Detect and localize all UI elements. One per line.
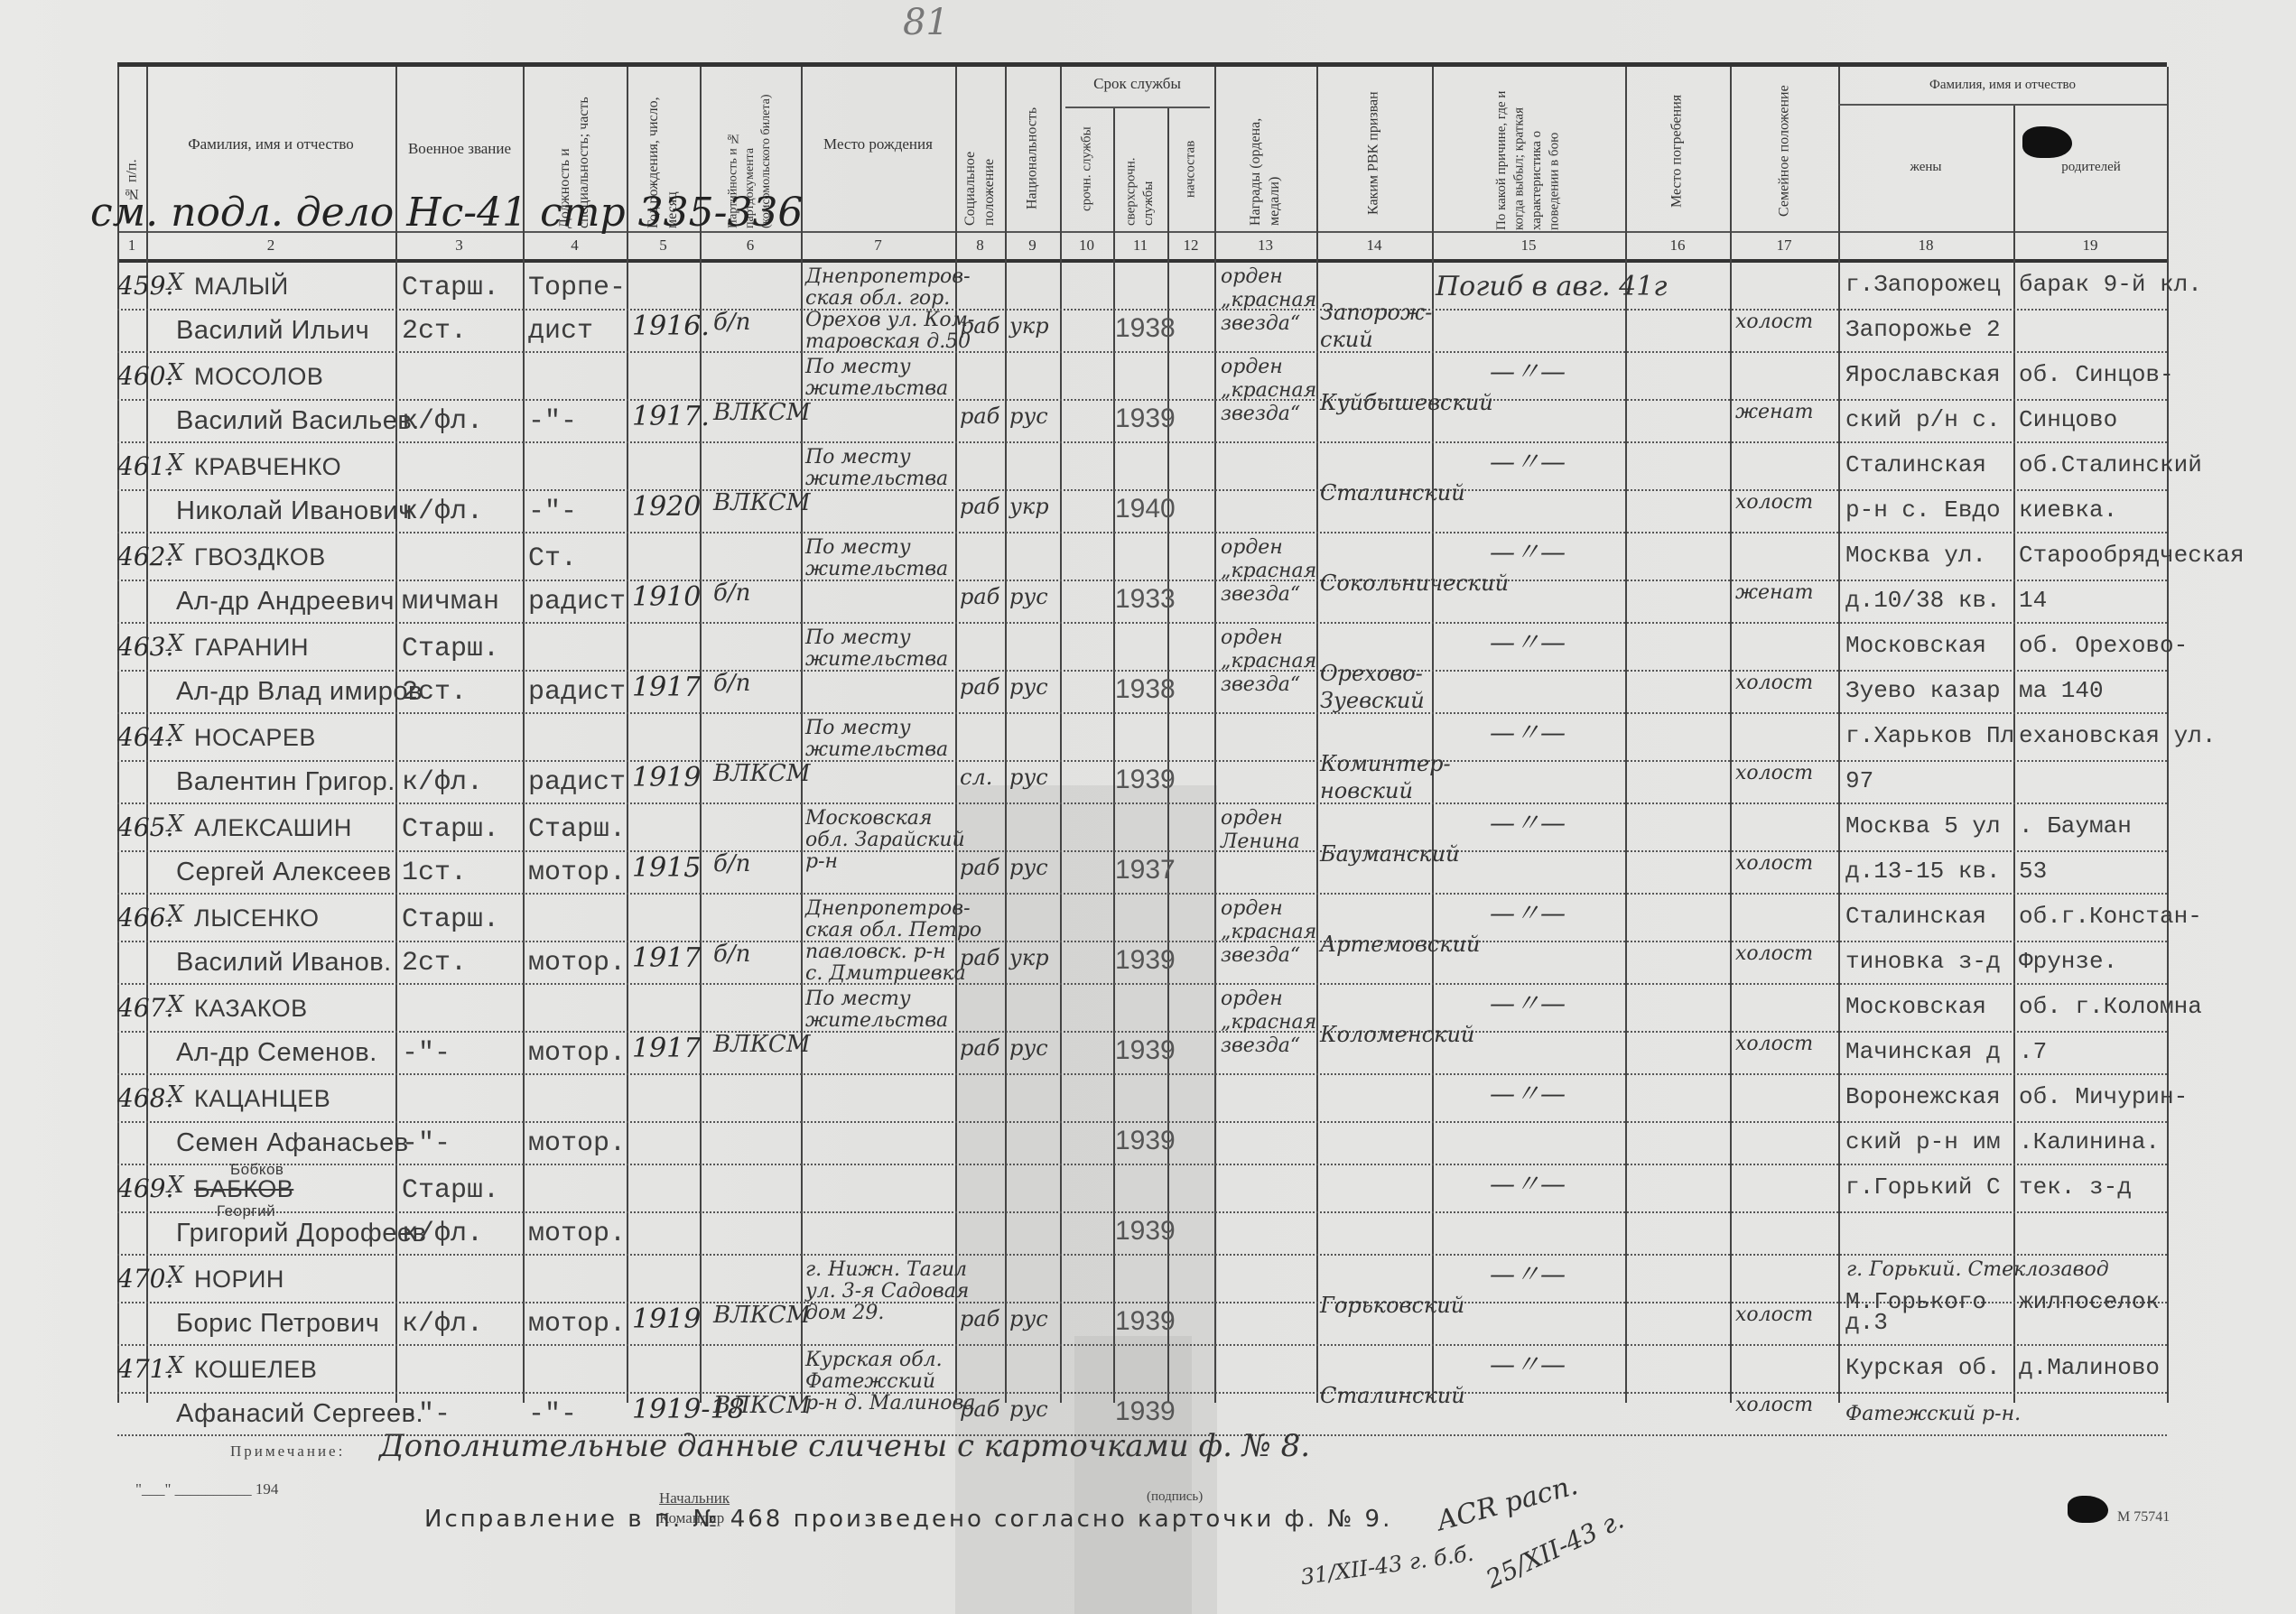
birthplace-line: дом 29. <box>805 1302 884 1324</box>
family-status: холост <box>1735 762 1813 784</box>
birth-year: 1917 <box>632 1033 701 1064</box>
social-status: раб <box>960 313 999 339</box>
birthplace-line: ская обл. гор. <box>805 287 950 310</box>
column-number: 2 <box>146 237 395 255</box>
header-nationality: Национальность <box>1008 90 1058 226</box>
row-line <box>117 309 2167 311</box>
parents-address-line1: об. г.Коломна <box>2019 993 2202 1020</box>
award-line: звезда“ <box>1221 944 1300 967</box>
award-line: орден <box>1221 536 1283 559</box>
position-line2: -"- <box>528 406 577 437</box>
award-line: звезда“ <box>1221 673 1300 696</box>
award-line: „красная <box>1221 560 1316 582</box>
row-number: 462. <box>117 542 173 571</box>
award-line: „красная <box>1221 289 1316 311</box>
service-year: 1939 <box>1115 945 1176 976</box>
parents-address-line1: барак 9-й кл. <box>2019 271 2202 298</box>
birthplace-line: По месту <box>805 626 911 649</box>
surname: ГВОЗДКОВ <box>194 543 326 571</box>
award-line: орден <box>1221 265 1283 288</box>
relative-address-line1: Ярославская <box>1845 361 2001 388</box>
award-line: звезда“ <box>1221 1034 1300 1057</box>
rvk-line: Коломенский <box>1320 1022 1474 1047</box>
column-number: 3 <box>395 237 523 255</box>
given-name-patronymic: Семен Афанасьев <box>176 1128 409 1158</box>
relative-address-line1: г.Харьков Пл <box>1845 722 2014 749</box>
surname: МОСОЛОВ <box>194 363 323 391</box>
rvk-line: Сталинский <box>1320 1383 1465 1408</box>
row-number: 466. <box>117 903 173 932</box>
surname: ГАРАНИН <box>194 634 309 662</box>
parents-address-line1: жилпоселок <box>2019 1288 2160 1315</box>
rank-line2: 1ст. <box>402 858 467 888</box>
column-number: 15 <box>1432 237 1625 255</box>
birthplace-line: павловск. р-н <box>805 941 946 963</box>
departure-reason: —〃— <box>1490 442 1566 478</box>
award-line: звезда“ <box>1221 312 1300 335</box>
row-line <box>117 1073 2167 1075</box>
row-line <box>117 1164 2167 1165</box>
social-status: раб <box>960 1396 999 1422</box>
row-number: 464. <box>117 722 173 752</box>
birth-year: 1919 <box>632 1303 701 1335</box>
rank-line1: Старш. <box>402 1175 499 1206</box>
social-status: раб <box>960 674 999 700</box>
rvk-line: Сталинский <box>1320 480 1465 506</box>
rank-line2: к/фл. <box>402 496 483 527</box>
birthplace-line: По месту <box>805 717 911 739</box>
birthplace-line: жительства <box>805 648 948 671</box>
checkmark: X <box>167 991 184 1018</box>
given-name-patronymic: Афанасий Сергеев. <box>176 1399 423 1429</box>
checkmark: X <box>167 359 184 386</box>
column-number: 9 <box>1005 237 1060 255</box>
parents-address-line1: об. Синцов- <box>2019 361 2174 388</box>
surname: КАЦАНЦЕВ <box>194 1085 330 1113</box>
date-line: "___" __________ 194 <box>135 1480 278 1498</box>
family-status: женат <box>1735 401 1814 423</box>
service-term-divider <box>1065 107 1210 108</box>
parents-address-line2: Синцово <box>2019 406 2117 433</box>
party-membership: ВЛКСМ <box>713 489 810 516</box>
column-divider <box>700 67 702 1403</box>
column-divider <box>1625 67 1627 1403</box>
relative-address-line2: тиновка з-д <box>1845 948 2001 975</box>
birthplace-line: Днепропетров- <box>805 897 971 920</box>
birthplace-line: Курская обл. <box>805 1349 943 1371</box>
parents-address-line1: об.г.Констан- <box>2019 903 2202 930</box>
birthplace-line: жительства <box>805 377 948 400</box>
position-line1: Старш. <box>528 814 626 845</box>
given-name-patronymic: Василий Васильев. <box>176 406 420 436</box>
family-status: женат <box>1735 581 1814 604</box>
position-line1: Торпе- <box>528 273 626 303</box>
column-number: 11 <box>1113 237 1167 255</box>
rank-line1: Старш. <box>402 904 499 935</box>
column-number: 8 <box>955 237 1005 255</box>
ink-blot <box>2022 126 2072 158</box>
party-membership: б/п <box>713 850 750 877</box>
row-line <box>117 622 2167 624</box>
checkmark: X <box>167 901 184 928</box>
service-year: 1938 <box>1115 313 1176 344</box>
table-top-border <box>117 62 2167 67</box>
checkmark: X <box>167 630 184 657</box>
family-status: холост <box>1735 491 1813 514</box>
service-year: 1939 <box>1115 765 1176 795</box>
award-line: „красная <box>1221 1011 1316 1034</box>
departure-reason: —〃— <box>1490 984 1566 1020</box>
date-annotation: 31/XII-43 г. б.б. <box>1299 1541 1475 1591</box>
social-status: раб <box>960 1035 999 1061</box>
relative-address-line1: г.Запорожец <box>1845 271 2001 298</box>
departure-reason: —〃— <box>1490 623 1566 659</box>
name-correction: Георгий <box>217 1202 275 1220</box>
rvk-line: Горьковский <box>1320 1293 1464 1318</box>
nationality: рус <box>1009 674 1048 700</box>
rank-line2: к/фл. <box>402 1219 483 1249</box>
birthplace-line: По месту <box>805 536 911 559</box>
service-year: 1937 <box>1115 855 1176 886</box>
birthplace-line: р-н д. Малинова <box>805 1392 975 1415</box>
row-line <box>117 670 2167 672</box>
party-membership: б/п <box>713 309 750 336</box>
header-military-rank: Военное звание <box>402 117 517 181</box>
parents-address-line2: .7 <box>2019 1038 2047 1065</box>
departure-reason: —〃— <box>1490 1255 1566 1291</box>
paper-fold-shadow-lower <box>1074 1336 1192 1614</box>
rank-line2: к/фл. <box>402 406 483 437</box>
row-number: 470. <box>117 1264 173 1294</box>
position-line2: -"- <box>528 496 577 527</box>
rvk-line: Коминтер- <box>1320 751 1451 776</box>
departure-reason: —〃— <box>1490 352 1566 388</box>
social-status: сл. <box>960 765 992 790</box>
birthplace-line: обл. Зарайский <box>805 829 965 851</box>
column-divider <box>627 67 628 1403</box>
award-line: орден <box>1221 807 1283 830</box>
column-number: 6 <box>700 237 801 255</box>
header-extended-service: сверхсрочн. службы <box>1115 113 1166 226</box>
award-line: орден <box>1221 897 1283 920</box>
party-membership: б/п <box>713 670 750 697</box>
column-divider <box>801 67 803 1403</box>
archive-document-page: 81 № п/п. Фамилия, имя и отчество Военно… <box>0 0 2296 1614</box>
row-line <box>117 351 2167 353</box>
rvk-line: Запорож- <box>1320 300 1432 325</box>
checkmark: X <box>167 450 184 477</box>
party-membership: ВЛКСМ <box>713 1031 810 1058</box>
nationality: рус <box>1009 1306 1048 1331</box>
header-full-name: Фамилия, имя и отчество <box>146 126 395 162</box>
nationality: укр <box>1009 313 1049 339</box>
departure-reason: —〃— <box>1490 713 1566 749</box>
column-number: 12 <box>1167 237 1214 255</box>
row-line <box>117 712 2167 714</box>
rvk-line: Куйбышевский <box>1320 390 1493 415</box>
parents-address-line1: д.Малиново <box>2019 1354 2160 1381</box>
parents-address-line1: об. Орехово- <box>2019 632 2188 659</box>
family-status: холост <box>1735 672 1813 694</box>
row-line <box>117 580 2167 581</box>
nationality: рус <box>1009 855 1048 880</box>
rank-line2: -"- <box>402 1399 451 1430</box>
birth-year: 1917. <box>632 401 710 432</box>
header-social-status: Социальное положение <box>958 90 1003 226</box>
rvk-line: Бауманский <box>1320 841 1460 867</box>
surname-correction: Бобков <box>230 1161 284 1179</box>
rvk-line: новский <box>1320 778 1413 803</box>
column-number: 10 <box>1060 237 1113 255</box>
header-officers: начсостав <box>1169 113 1213 226</box>
row-line <box>117 1344 2167 1346</box>
row-line <box>117 399 2167 401</box>
family-status: холост <box>1735 852 1813 875</box>
departure-reason: —〃— <box>1490 1345 1566 1381</box>
departure-reason: —〃— <box>1490 1164 1566 1201</box>
birthplace-line: р-н <box>805 850 838 873</box>
position-line2: радист <box>528 677 626 708</box>
chief-label: Начальник <box>659 1489 730 1507</box>
surname: БАБКОВ <box>194 1175 293 1203</box>
parents-address-line2: ма 140 <box>2019 677 2104 704</box>
parents-address-line1: ехановская ул. <box>2019 722 2216 749</box>
surname: МАЛЫЙ <box>194 273 289 301</box>
parents-address-line2: 14 <box>2019 587 2047 614</box>
birthplace-line: с. Дмитриевка <box>805 962 966 985</box>
party-membership: ВЛКСМ <box>713 1302 810 1329</box>
column-number: 17 <box>1730 237 1838 255</box>
service-year: 1939 <box>1115 1126 1176 1156</box>
birthplace-line: жительства <box>805 1009 948 1032</box>
row-number: 465. <box>117 812 173 842</box>
row-number: 468. <box>117 1083 173 1113</box>
row-line <box>117 1211 2167 1213</box>
header-awards: Награды (ордена, медали) <box>1217 81 1315 226</box>
relative-address-line2: д.10/38 кв. <box>1845 587 2001 614</box>
row-line <box>117 760 2167 762</box>
row-line <box>117 489 2167 491</box>
checkmark: X <box>167 811 184 838</box>
row-line <box>117 983 2167 985</box>
checkmark: X <box>167 1352 184 1379</box>
departure-reason: —〃— <box>1490 894 1566 930</box>
service-year: 1939 <box>1115 1035 1176 1066</box>
relative-address-line1: Москва 5 ул <box>1845 812 2001 839</box>
birth-year: 1916. <box>632 311 710 342</box>
row-number: 460. <box>117 361 173 391</box>
checkmark: X <box>167 540 184 567</box>
relative-address-line1: Сталинская <box>1845 451 1986 478</box>
rvk-line: Зуевский <box>1320 688 1425 713</box>
relative-address-line1: Московская <box>1845 993 1986 1020</box>
nationality: укр <box>1009 494 1049 519</box>
birthplace-line: жительства <box>805 558 948 580</box>
header-rvk: Каким РВК призван <box>1318 81 1430 226</box>
given-name-patronymic: Григорий Дорофеев <box>176 1219 426 1248</box>
parents-address-line1: об. Мичурин- <box>2019 1083 2188 1110</box>
column-number: 7 <box>801 237 955 255</box>
rank-line2: 2ст. <box>402 677 467 708</box>
column-divider <box>1730 67 1732 1403</box>
rank-line2: к/фл. <box>402 1309 483 1340</box>
column-number: 1 <box>117 237 146 255</box>
position-line2: мотор. <box>528 1038 626 1069</box>
checkmark: X <box>167 269 184 296</box>
position-line2: мотор. <box>528 1219 626 1249</box>
row-line <box>117 850 2167 852</box>
birth-year: 1915 <box>632 852 701 884</box>
rank-line2: -"- <box>402 1128 451 1159</box>
award-line: „красная <box>1221 650 1316 672</box>
service-year: 1939 <box>1115 1306 1176 1337</box>
row-number: 467. <box>117 993 173 1023</box>
party-membership: ВЛКСМ <box>713 399 810 426</box>
family-status: холост <box>1735 1033 1813 1055</box>
column-number: 14 <box>1316 237 1432 255</box>
departure-reason: —〃— <box>1490 533 1566 569</box>
relative-address-line1: Московская <box>1845 632 1986 659</box>
birthplace-line: жительства <box>805 738 948 761</box>
relative-address-handwritten: Фатежский р-н. <box>1845 1403 2021 1425</box>
award-line: орден <box>1221 356 1283 378</box>
surname: КРАВЧЕНКО <box>194 453 341 481</box>
top-annotation: см. подл. дело Нс-41 стр 335-336 <box>90 190 803 236</box>
header-regular-service: срочн. службы <box>1062 113 1112 226</box>
relative-address-line2: Запорожье 2 <box>1845 316 2001 343</box>
wife-address-handwritten: г. Горький. Стеклозавод <box>1846 1258 2109 1281</box>
birthplace-line: По месту <box>805 446 911 468</box>
parents-address-line2: киевка. <box>2019 496 2117 524</box>
column-divider <box>1316 67 1318 1403</box>
column-divider <box>2013 104 2015 1403</box>
birth-year: 1910 <box>632 581 701 613</box>
position-line2: радист <box>528 587 626 617</box>
position-line2: мотор. <box>528 1128 626 1159</box>
birth-year: 1919 <box>632 762 701 793</box>
relative-address-line2: Мачинская д <box>1845 1038 2001 1065</box>
nationality: рус <box>1009 403 1048 429</box>
party-membership: ВЛКСМ <box>713 760 810 787</box>
birth-year: 1917 <box>632 942 701 974</box>
given-name-patronymic: Ал-др Семенов. <box>176 1038 377 1068</box>
row-line <box>117 941 2167 942</box>
service-year: 1939 <box>1115 1396 1176 1427</box>
column-divider <box>395 67 397 1403</box>
given-name-patronymic: Валентин Григор. <box>176 767 395 797</box>
birthplace-line: Московская <box>805 807 932 830</box>
birthplace-line: Днепропетров- <box>805 265 971 288</box>
position-line2: -"- <box>528 1399 577 1430</box>
given-name-patronymic: Василий Иванов. <box>176 948 392 978</box>
departure-reason: —〃— <box>1490 1074 1566 1110</box>
birthplace-line: таровская д.50 <box>805 330 971 353</box>
service-year: 1939 <box>1115 1216 1176 1247</box>
service-year: 1938 <box>1115 674 1176 705</box>
nationality: рус <box>1009 584 1048 609</box>
row-line <box>117 1392 2167 1394</box>
award-line: орден <box>1221 988 1283 1010</box>
surname: НОСАРЕВ <box>194 724 316 752</box>
award-line: звезда“ <box>1221 403 1300 425</box>
family-status: холост <box>1735 311 1813 333</box>
position-line2: дист <box>528 316 593 347</box>
ink-blot-footer <box>2068 1496 2108 1523</box>
parents-address-line1: Старообрядческая <box>2019 542 2245 569</box>
social-status: раб <box>960 945 999 970</box>
header-burial-place: Место погребения <box>1628 77 1727 226</box>
header-family-status: Семейное положение <box>1734 77 1836 226</box>
position-line1: Ст. <box>528 543 577 574</box>
checkmark: X <box>167 1262 184 1289</box>
birthplace-line: ул. 3-я Садовая <box>805 1280 969 1303</box>
given-name-patronymic: Сергей Алексеев <box>176 858 392 887</box>
row-line <box>117 1254 2167 1256</box>
nationality: укр <box>1009 945 1049 970</box>
row-line <box>117 802 2167 804</box>
initials-annotation: ACR расп. <box>1434 1470 1581 1537</box>
checkmark: X <box>167 720 184 747</box>
parents-address-line1: . Бауман <box>2019 812 2132 839</box>
birth-year: 1917 <box>632 672 701 703</box>
birth-year: 1920 <box>632 491 701 523</box>
row-line <box>117 441 2167 443</box>
column-divider <box>1167 107 1169 1403</box>
row-number: 471. <box>117 1354 173 1384</box>
departure-reason: Погиб в авг. 41г <box>1436 271 1667 302</box>
row-number: 463. <box>117 632 173 662</box>
parents-address-line1: тек. з-д <box>2019 1173 2132 1201</box>
social-status: раб <box>960 1306 999 1331</box>
birthplace-line: По месту <box>805 356 911 378</box>
header-bottom-border <box>117 259 2167 263</box>
family-status: холост <box>1735 942 1813 965</box>
departure-reason: —〃— <box>1490 803 1566 839</box>
surname: ЛЫСЕНКО <box>194 904 320 932</box>
parents-address-line2: 53 <box>2019 858 2047 885</box>
column-number: 4 <box>523 237 627 255</box>
rank-line2: к/фл. <box>402 767 483 798</box>
family-status: холост <box>1735 1394 1813 1416</box>
column-number: 16 <box>1625 237 1730 255</box>
header-service-term: Срок службы <box>1060 70 1214 97</box>
birthplace-line: г. Нижн. Тагил <box>805 1258 967 1281</box>
award-line: орден <box>1221 626 1283 649</box>
form-number: М 75741 <box>2117 1509 2170 1526</box>
birthplace-line: Фатежский <box>805 1370 935 1393</box>
relatives-divider <box>1838 104 2167 106</box>
position-line2: мотор. <box>528 948 626 979</box>
surname: КОШЕЛЕВ <box>194 1356 317 1384</box>
surname: НОРИН <box>194 1266 284 1294</box>
column-divider <box>1060 67 1062 1403</box>
birthplace-line: ская обл. Петро <box>805 919 981 941</box>
award-line: звезда“ <box>1221 583 1300 606</box>
relative-address-line2: 97 <box>1845 767 1873 794</box>
row-line <box>117 893 2167 895</box>
header-birthplace: Место рождения <box>804 108 953 181</box>
column-divider <box>523 67 525 1403</box>
relative-address-line2: д.13-15 кв. <box>1845 858 2001 885</box>
checkmark: X <box>167 1081 184 1108</box>
rvk-line: Сокольнический <box>1320 570 1509 596</box>
relative-address-line2: р-н с. Евдо <box>1845 496 2001 524</box>
column-number: 18 <box>1838 237 2013 255</box>
column-divider <box>1838 67 1840 1403</box>
birthplace-line: жительства <box>805 468 948 490</box>
row-line <box>117 532 2167 533</box>
party-membership: б/п <box>713 941 750 968</box>
